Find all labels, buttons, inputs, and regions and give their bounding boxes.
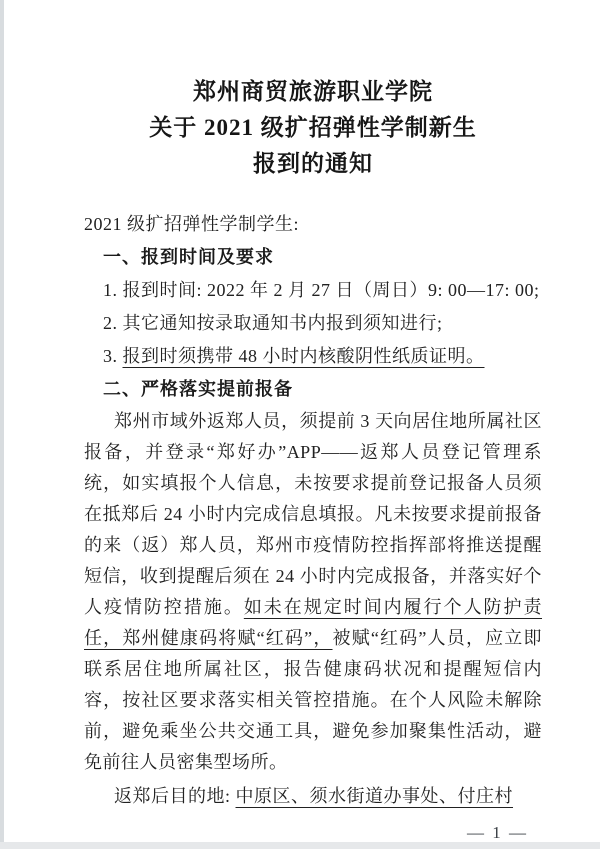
paragraph-text-before-underline: 郑州市域外返郑人员，须提前 3 天向居住地所属社区报备，并登录“郑好办”APP—… [84, 411, 542, 617]
destination-label: 返郑后目的地: [114, 786, 236, 806]
document-title: 郑州商贸旅游职业学院 关于 2021 级扩招弹性学制新生 报到的通知 [84, 0, 542, 182]
item-nucleic-acid-number: 3. [103, 346, 123, 366]
section2-heading: 二、严格落实提前报备 [103, 373, 542, 406]
salutation: 2021 级扩招弹性学制学生: [84, 208, 542, 241]
title-line-1: 郑州商贸旅游职业学院 [84, 74, 542, 110]
title-line-2: 关于 2021 级扩招弹性学制新生 [84, 110, 542, 146]
title-line-3: 报到的通知 [84, 146, 542, 182]
destination-line: 返郑后目的地: 中原区、须水街道办事处、付庄村 [84, 780, 542, 813]
section2-paragraph: 郑州市域外返郑人员，须提前 3 天向居住地所属社区报备，并登录“郑好办”APP—… [84, 406, 542, 778]
item-other-notice: 2. 其它通知按录取通知书内报到须知进行; [103, 307, 542, 340]
document-content: 郑州商贸旅游职业学院 关于 2021 级扩招弹性学制新生 报到的通知 2021 … [84, 0, 542, 843]
item-nucleic-acid: 3. 报到时须携带 48 小时内核酸阴性纸质证明。 [103, 340, 542, 373]
item-report-time: 1. 报到时间: 2022 年 2 月 27 日（周日）9: 00—17: 00… [103, 274, 542, 307]
paragraph-text-after-underline: 被赋“红码”人员，应立即联系居住地所属社区，报告健康码状况和提醒短信内容，按社区… [84, 628, 542, 772]
document-page: 郑州商贸旅游职业学院 关于 2021 级扩招弹性学制新生 报到的通知 2021 … [0, 0, 600, 849]
item-nucleic-acid-underlined-text: 报到时须携带 48 小时内核酸阴性纸质证明。 [123, 346, 485, 366]
scan-left-edge [0, 0, 4, 849]
destination-underlined-value: 中原区、须水街道办事处、付庄村 [236, 786, 514, 806]
section1-heading: 一、报到时间及要求 [103, 241, 542, 274]
page-number: — 1 — [84, 823, 542, 843]
scan-bottom-edge [0, 842, 600, 849]
